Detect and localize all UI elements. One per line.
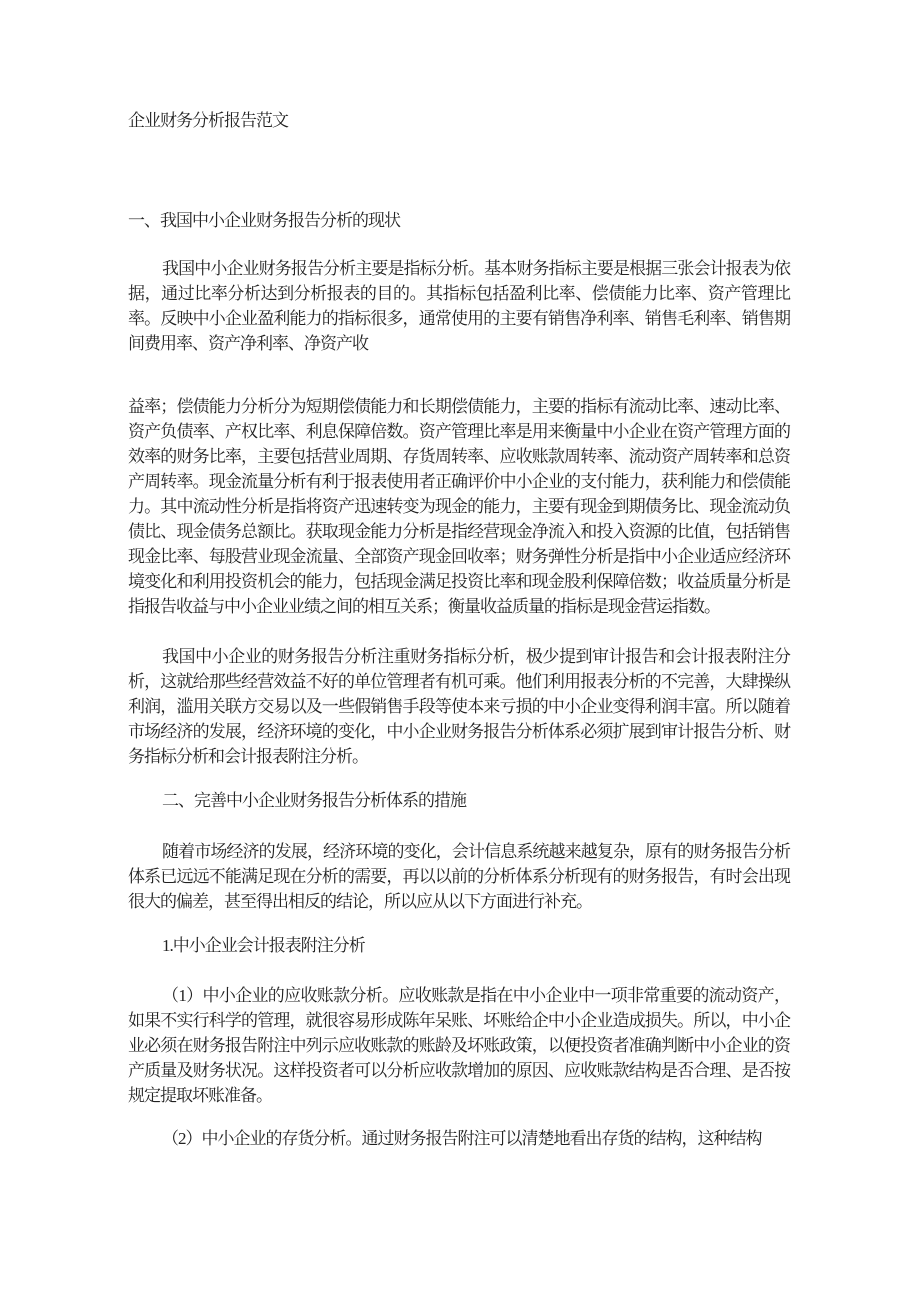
section2-item-inventory-analysis: （2）中小企业的存货分析。通过财务报告附注可以清楚地看出存货的结构，这种结构	[128, 1126, 790, 1151]
section2-item-receivables-analysis: （1）中小企业的应收账款分析。应收账款是指在中小企业中一项非常重要的流动资产，如…	[128, 983, 790, 1108]
section1-paragraph-indicators: 我国中小企业财务报告分析主要是指标分析。基本财务指标主要是根据三张会计报表为依据…	[128, 256, 790, 356]
section2-subheading-notes-analysis: 1.中小企业会计报表附注分析	[128, 933, 790, 958]
section1-paragraph-continuation: 益率；偿债能力分析分为短期偿债能力和长期偿债能力，主要的指标有流动比率、速动比率…	[128, 394, 790, 619]
section1-heading: 一、我国中小企业财务报告分析的现状	[128, 208, 790, 233]
section2-heading: 二、完善中小企业财务报告分析体系的措施	[128, 788, 790, 813]
section2-paragraph-intro: 随着市场经济的发展，经济环境的变化，会计信息系统越来越复杂，原有的财务报告分析体…	[128, 839, 790, 914]
section1-paragraph-audit-note: 我国中小企业的财务报告分析注重财务指标分析，极少提到审计报告和会计报表附注分析，…	[128, 644, 790, 769]
document-page: 企业财务分析报告范文 一、我国中小企业财务报告分析的现状 我国中小企业财务报告分…	[0, 0, 920, 1302]
document-title: 企业财务分析报告范文	[128, 108, 790, 133]
